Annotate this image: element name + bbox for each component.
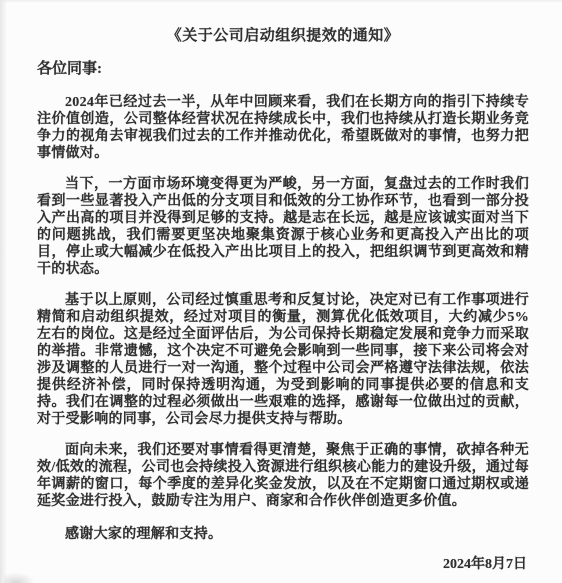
notice-title: 《关于公司启动组织提效的通知》 <box>37 27 529 46</box>
paragraph-review-2024: 2024年已经过去一半，从年中回顾来看，我们在长期方向的指引下持续专注价值创造，… <box>37 94 529 162</box>
notice-date: 2024年8月7日 <box>37 556 529 573</box>
paragraph-future-plan: 面向未来，我们还要对事情看得更清楚，聚焦于正确的事情，砍掉各种无效/低效的流程，… <box>37 442 529 510</box>
notice-document: 《关于公司启动组织提效的通知》 各位同事: 2024年已经过去一半，从年中回顾来… <box>0 0 562 583</box>
closing-thanks: 感谢大家的理解和支持。 <box>37 526 529 543</box>
salutation: 各位同事: <box>37 61 529 78</box>
document-photo: 《关于公司启动组织提效的通知》 各位同事: 2024年已经过去一半，从年中回顾来… <box>0 0 562 583</box>
paragraph-decision-reduction: 基于以上原则，公司经过慎重思考和反复讨论，决定对已有工作事项进行精简和启动组织提… <box>37 292 529 428</box>
paragraph-current-situation: 当下，一方面市场环境变得更为严峻，另一方面，复盘过去的工作时我们看到一些显著投入… <box>37 176 529 278</box>
